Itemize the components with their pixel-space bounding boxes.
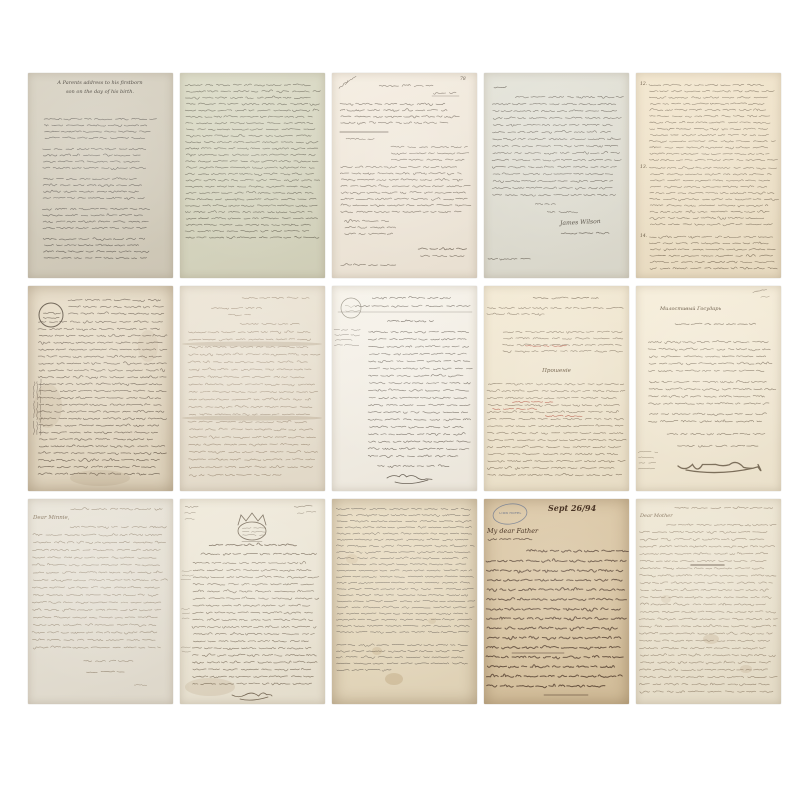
handwriting-decoration — [180, 286, 325, 491]
handwriting-decoration — [636, 73, 781, 278]
handwriting-decoration — [28, 286, 173, 491]
n2: 13. — [640, 165, 647, 170]
handwriting-decoration — [636, 286, 781, 491]
handwriting-decoration — [332, 499, 477, 704]
document-russian-petition: Прошеніе — [484, 286, 629, 491]
document-lion-hotel-letter: LION HOTELSept 26/94My dear Father — [484, 499, 629, 704]
salutation: My dear Father — [487, 527, 538, 535]
n3: 14. — [640, 234, 647, 239]
handwriting-decoration — [28, 73, 173, 278]
salutation: Милостивый Государь — [660, 306, 721, 312]
n1: 12. — [640, 82, 647, 87]
vintage-letters-grid: A Parents address to his firstborn son o… — [28, 73, 781, 704]
handwriting-decoration — [28, 499, 173, 704]
document-faded-brown-letter — [180, 286, 325, 491]
document-royal-crest-document — [180, 499, 325, 704]
handwriting-decoration — [332, 286, 477, 491]
document-french-deed-with-seal — [28, 286, 173, 491]
document-james-wilson-letter: James Wilson — [484, 73, 629, 278]
handwriting-decoration — [332, 73, 477, 278]
product-image-canvas: A Parents address to his firstborn son o… — [0, 0, 800, 800]
document-dear-mother-letter: Dear Mother — [636, 499, 781, 704]
document-numbered-journal-page: 12.13.14. — [636, 73, 781, 278]
handwriting-decoration — [180, 73, 325, 278]
document-russian-short-letter: Милостивый Государь — [636, 286, 781, 491]
stamp: LION HOTEL — [494, 511, 527, 515]
document-green-manuscript-page — [180, 73, 325, 278]
page-number: 78 — [460, 77, 466, 82]
document-french-act-with-stamp — [332, 286, 477, 491]
document-parents-address-poem: A Parents address to his firstborn son o… — [28, 73, 173, 278]
salutation: Dear Mother — [640, 513, 673, 519]
handwriting-decoration — [484, 73, 629, 278]
document-dear-minnie-letter: Dear Minnie, — [28, 499, 173, 704]
document-dense-cursive-page — [332, 499, 477, 704]
heading-word: Прошеніе — [524, 368, 589, 374]
dateline: Sept 26/94 — [548, 503, 596, 513]
handwriting-decoration — [636, 499, 781, 704]
handwriting-decoration — [180, 499, 325, 704]
document-russian-official-letter: 78 — [332, 73, 477, 278]
heading: A Parents address to his firstborn son o… — [57, 79, 143, 97]
handwriting-decoration — [484, 286, 629, 491]
salutation: Dear Minnie, — [33, 515, 70, 521]
